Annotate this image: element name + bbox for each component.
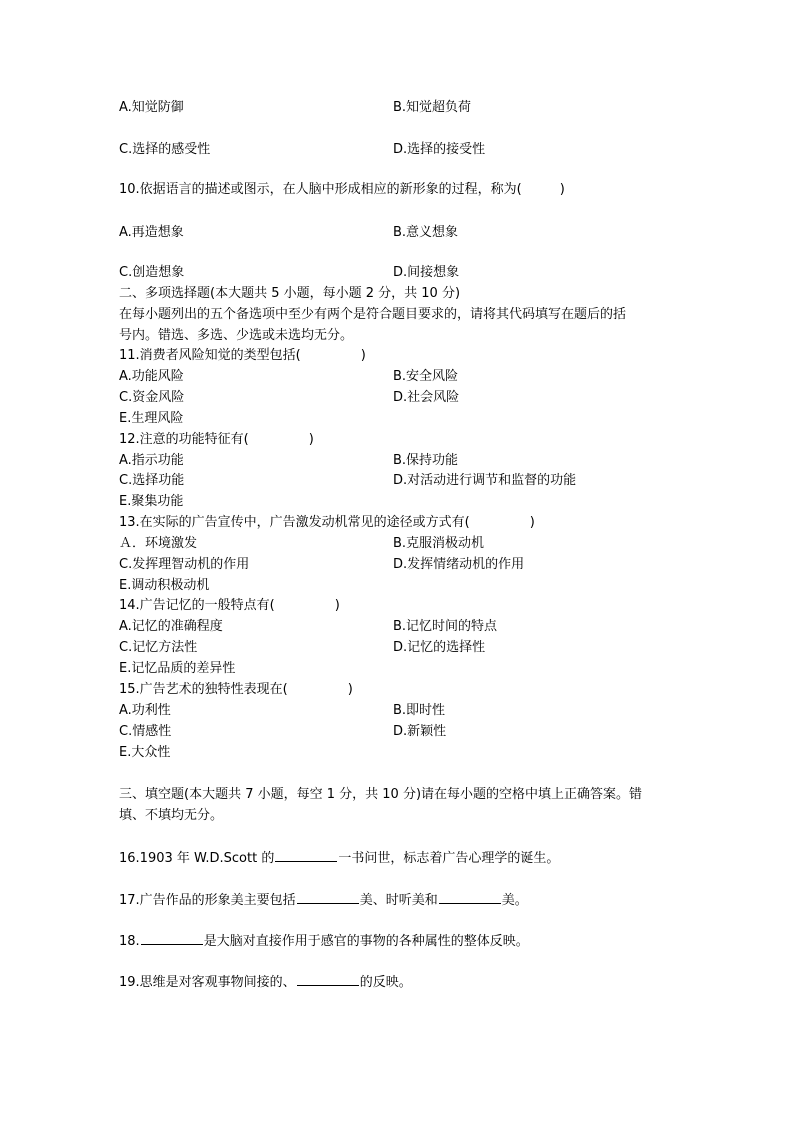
q13-stem-text: 13.在实际的广告宣传中，广告激发动机常见的途径或方式有( (119, 515, 470, 530)
q11-paren-close: ) (361, 348, 366, 363)
q19-post: 的反映。 (360, 975, 412, 990)
q14-paren-close: ) (335, 598, 340, 613)
q15-option-c: C.情感性 (119, 723, 171, 741)
q18: 18.是大脑对直接作用于感官的事物的各种属性的整体反映。 (119, 931, 529, 951)
section3-heading-line1: 三、填空题(本大题共 7 小题，每空 1 分，共 10 分)请在每小题的空格中填… (119, 786, 642, 804)
section2-instruction-line1: 在每小题列出的五个备选项中至少有两个是符合题目要求的，请将其代码填写在题后的括 (119, 306, 626, 324)
q10-option-d: D.间接想象 (393, 264, 459, 282)
q17: 17.广告作品的形象美主要包括美、时听美和美。 (119, 890, 528, 910)
q18-blank (141, 931, 203, 945)
q14-stem: 14.广告记忆的一般特点有() (119, 597, 340, 615)
q10-option-b: B.意义想象 (393, 224, 458, 242)
q13-option-c: C.发挥理智动机的作用 (119, 556, 249, 574)
q19-blank (297, 972, 359, 986)
q11-option-b: B.安全风险 (393, 368, 458, 386)
section3-heading-line2: 填、不填均无分。 (119, 807, 223, 825)
q18-post: 是大脑对直接作用于感官的事物的各种属性的整体反映。 (204, 934, 529, 949)
q17-blank-2 (439, 890, 501, 904)
q16-blank (275, 848, 337, 862)
q12-option-b: B.保持功能 (393, 452, 458, 470)
q10-paren-close: ) (560, 182, 565, 197)
q13-option-e: E.调动积极动机 (119, 577, 209, 595)
q12-stem-text: 12.注意的功能特征有( (119, 432, 249, 447)
q13-paren-close: ) (530, 515, 535, 530)
q9-option-b: B.知觉超负荷 (393, 99, 471, 117)
q11-stem-text: 11.消费者风险知觉的类型包括( (119, 348, 301, 363)
q16: 16.1903 年 W.D.Scott 的一书问世，标志着广告心理学的诞生。 (119, 848, 559, 868)
q15-option-b: B.即时性 (393, 702, 445, 720)
q17-post: 美。 (502, 893, 528, 908)
q12-option-c: C.选择功能 (119, 472, 184, 490)
q12-paren-close: ) (309, 432, 314, 447)
q10-stem: 10.依据语言的描述或图示，在人脑中形成相应的新形象的过程，称为() (119, 181, 565, 199)
q15-option-a: A.功利性 (119, 702, 171, 720)
q9-option-c: C.选择的感受性 (119, 141, 210, 159)
q11-option-a: A.功能风险 (119, 368, 184, 386)
q14-option-d: D.记忆的选择性 (393, 639, 485, 657)
q14-option-c: C.记忆方法性 (119, 639, 197, 657)
q17-pre: 17.广告作品的形象美主要包括 (119, 893, 296, 908)
q10-option-a: A.再造想象 (119, 224, 184, 242)
q10-option-c: C.创造想象 (119, 264, 184, 282)
q12-option-d: D.对活动进行调节和监督的功能 (393, 472, 576, 490)
q13-stem: 13.在实际的广告宣传中，广告激发动机常见的途径或方式有() (119, 514, 535, 532)
q16-pre: 16.1903 年 W.D.Scott 的 (119, 851, 274, 866)
q11-option-d: D.社会风险 (393, 389, 459, 407)
q14-stem-text: 14.广告记忆的一般特点有( (119, 598, 275, 613)
q12-option-a: A.指示功能 (119, 452, 184, 470)
q16-post: 一书问世，标志着广告心理学的诞生。 (338, 851, 559, 866)
q13-option-a: Ａ．环境激发 (119, 535, 197, 553)
q13-option-d: D.发挥情绪动机的作用 (393, 556, 524, 574)
q12-stem: 12.注意的功能特征有() (119, 431, 314, 449)
q11-stem: 11.消费者风险知觉的类型包括() (119, 347, 366, 365)
q15-stem: 15.广告艺术的独特性表现在() (119, 681, 353, 699)
q14-option-b: B.记忆时间的特点 (393, 618, 497, 636)
q13-option-b: B.克服消极动机 (393, 535, 484, 553)
q14-option-a: A.记忆的准确程度 (119, 618, 223, 636)
q15-stem-text: 15.广告艺术的独特性表现在( (119, 682, 288, 697)
q14-option-e: E.记忆品质的差异性 (119, 660, 235, 678)
q11-option-c: C.资金风险 (119, 389, 184, 407)
q9-option-d: D.选择的接受性 (393, 141, 485, 159)
q19: 19.思维是对客观事物间接的、的反映。 (119, 972, 412, 992)
q11-option-e: E.生理风险 (119, 410, 183, 428)
section2-instruction-line2: 号内。错选、多选、少选或未选均无分。 (119, 327, 353, 345)
q19-pre: 19.思维是对客观事物间接的、 (119, 975, 296, 990)
q15-option-e: E.大众性 (119, 744, 170, 762)
q15-paren-close: ) (348, 682, 353, 697)
q9-option-a: A.知觉防御 (119, 99, 184, 117)
q18-pre: 18. (119, 934, 140, 949)
q10-stem-text: 10.依据语言的描述或图示，在人脑中形成相应的新形象的过程，称为( (119, 182, 522, 197)
q17-blank-1 (297, 890, 359, 904)
q12-option-e: E.聚集功能 (119, 493, 183, 511)
q15-option-d: D.新颖性 (393, 723, 446, 741)
q17-mid: 美、时听美和 (360, 893, 438, 908)
section2-heading: 二、多项选择题(本大题共 5 小题，每小题 2 分，共 10 分) (119, 285, 460, 303)
